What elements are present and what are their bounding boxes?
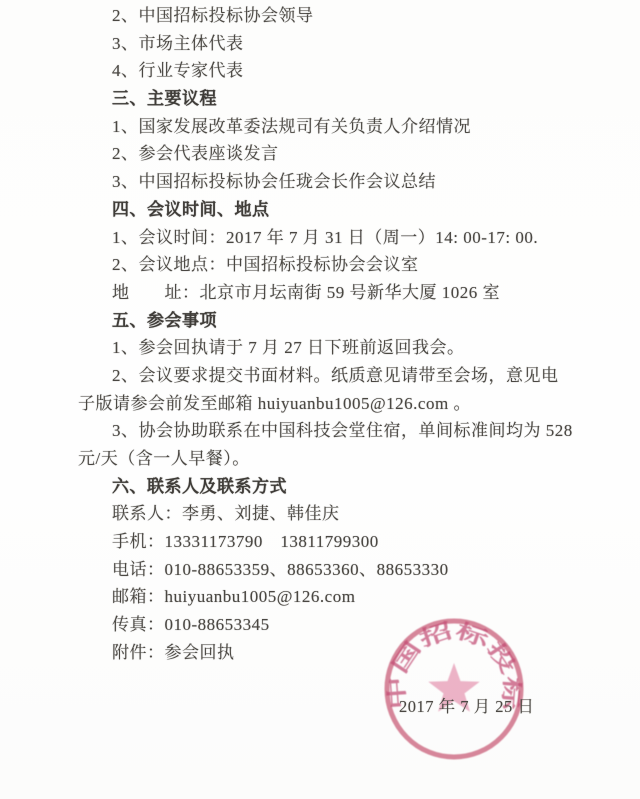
official-seal-stamp: 中国招标投标协会 (382, 618, 526, 760)
document-body: 2、中国招标投标协会领导 3、市场主体代表 4、行业专家代表 三、主要议程 1、… (78, 2, 566, 667)
section-heading: 四、会议时间、地点 (78, 196, 566, 224)
doc-line: 2、会议地点：中国招标投标协会会议室 (78, 251, 566, 279)
doc-line: 地 址：北京市月坛南街 59 号新华大厦 1026 室 (78, 279, 566, 307)
doc-line: 3、市场主体代表 (78, 30, 566, 58)
doc-line: 联系人：李勇、刘捷、韩佳庆 (78, 500, 566, 528)
section-heading: 五、参会事项 (78, 307, 566, 335)
doc-line: 2、参会代表座谈发言 (78, 140, 566, 168)
doc-line: 1、会议时间：2017 年 7 月 31 日（周一）14: 00-17: 00. (78, 224, 566, 252)
date-stamp: 2017 年 7 月 25 日 (399, 693, 534, 717)
doc-line: 3、中国招标投标协会任珑会长作会议总结 (78, 168, 566, 196)
doc-line: 元/天（含一人早餐）。 (78, 445, 566, 473)
doc-line: 4、行业专家代表 (78, 57, 566, 85)
doc-line: 2、会议要求提交书面材料。纸质意见请带至会场，意见电 (78, 362, 566, 390)
doc-line: 邮箱：huiyuanbu1005@126.com (78, 583, 566, 611)
doc-line: 2、中国招标投标协会领导 (78, 2, 566, 30)
document-page: 2、中国招标投标协会领导 3、市场主体代表 4、行业专家代表 三、主要议程 1、… (0, 0, 640, 799)
doc-line: 子版请参会前发至邮箱 huiyuanbu1005@126.com 。 (78, 390, 566, 418)
section-heading: 三、主要议程 (78, 85, 566, 113)
doc-line: 1、国家发展改革委法规司有关负责人介绍情况 (78, 113, 566, 141)
section-heading: 六、联系人及联系方式 (78, 473, 566, 501)
doc-line: 电话：010-88653359、88653360、88653330 (78, 556, 566, 584)
doc-line: 1、参会回执请于 7 月 27 日下班前返回我会。 (78, 334, 566, 362)
doc-line: 3、协会协助联系在中国科技会堂住宿，单间标准间均为 528 (78, 417, 566, 445)
doc-line: 手机：13331173790 13811799300 (78, 528, 566, 556)
